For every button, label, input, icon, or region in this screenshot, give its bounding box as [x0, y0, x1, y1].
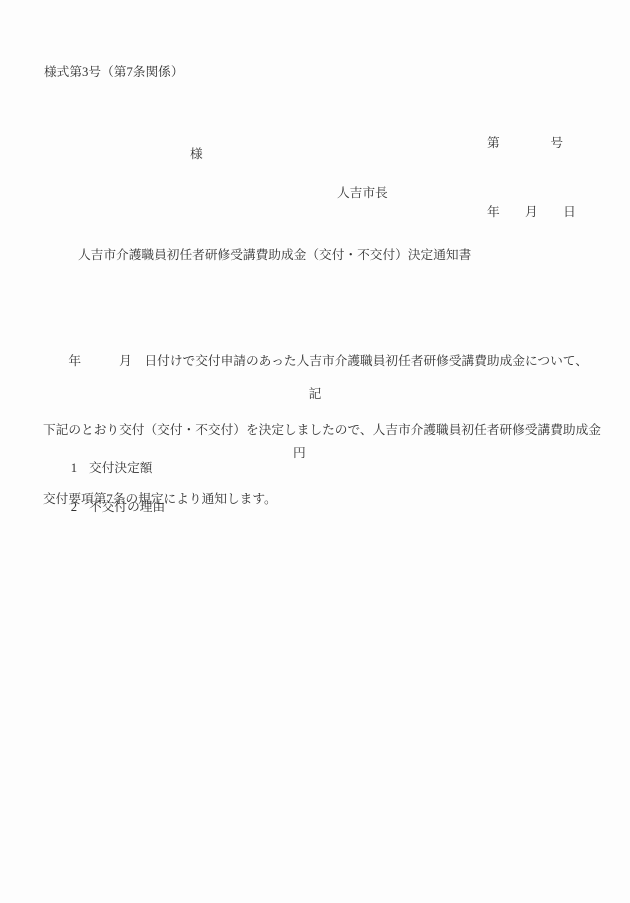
form-number-label: 様式第3号（第7条関係） — [44, 65, 184, 80]
sender-name: 人吉市長 — [337, 186, 388, 201]
date-line: 年 月 日 — [487, 201, 576, 224]
header-number-date-block: 第 号 年 月 日 — [487, 86, 576, 270]
doc-number-line: 第 号 — [487, 132, 576, 155]
list-item-refusal-reason: 2不交付の理由 — [58, 485, 165, 545]
body-line-2: 下記のとおり交付（交付・不交付）を決定しましたので、人吉市介護職員初任者研修受講… — [43, 419, 615, 442]
item-label: 不交付の理由 — [89, 500, 165, 514]
item-number: 1 — [71, 461, 77, 476]
item-number: 2 — [71, 500, 77, 515]
body-line-1: 年 月 日付けで交付申請のあった人吉市介護職員初任者研修受講費助成金について、 — [43, 350, 615, 373]
item-unit-yen: 円 — [293, 446, 306, 461]
item-label: 交付決定額 — [89, 461, 152, 475]
document-page: 様式第3号（第7条関係） 第 号 年 月 日 様 人吉市長 人吉市介護職員初任者… — [0, 0, 630, 903]
ki-marker: 記 — [0, 387, 630, 402]
addressee-suffix: 様 — [190, 147, 203, 162]
document-title: 人吉市介護職員初任者研修受講費助成金（交付・不交付）決定通知書 — [78, 248, 471, 263]
